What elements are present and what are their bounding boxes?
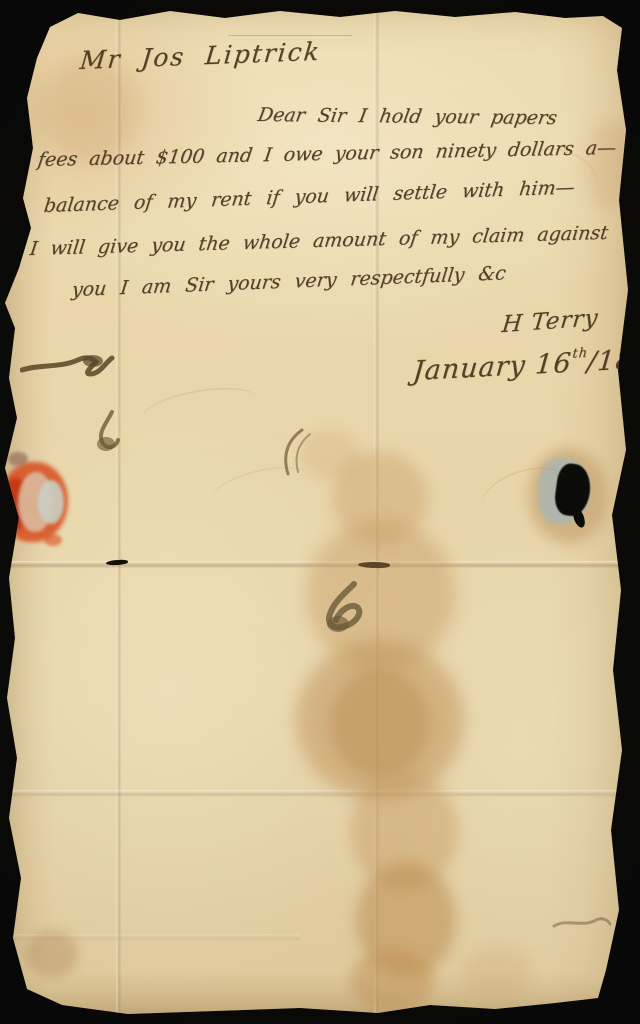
right-edge-stain: [586, 120, 630, 210]
ink-smudge-upper-left: [20, 344, 130, 386]
horizontal-fold-crease-bottom: [0, 934, 300, 942]
date-main: January 16: [412, 348, 573, 388]
ink-smudge-bottom-right: [552, 912, 612, 936]
handwriting-line: you I am Sir yours very respectfully &c: [71, 262, 508, 301]
horizontal-fold-crease-lower: [0, 790, 640, 798]
scan-background: Mr Jos Liptrick Dear Sir I hold your pap…: [0, 0, 640, 1024]
handwriting-line: Dear Sir I hold your papers: [256, 104, 559, 129]
horizontal-fold-crease-middle: [0, 561, 640, 569]
faint-pencil-line: [228, 35, 352, 36]
handwriting-dateline: January 16th/1825: [412, 341, 640, 387]
ink-smudge-center: [314, 580, 374, 638]
date-year: /1825: [586, 342, 640, 378]
handwriting-line: balance of my rent if you will settle wi…: [43, 176, 576, 217]
curved-ink-mark: [274, 428, 314, 478]
bleed-through-stroke: [474, 457, 575, 532]
handwriting-signature: H Terry: [501, 305, 600, 338]
bleed-through-stroke: [137, 380, 262, 440]
handwriting-line: fees about $100 and I owe your son ninet…: [36, 137, 617, 171]
bleed-through-stroke: [207, 458, 313, 517]
letter-paper: Mr Jos Liptrick Dear Sir I hold your pap…: [0, 0, 640, 1024]
bottom-stain: [462, 948, 532, 998]
date-superscript: th: [572, 346, 589, 362]
